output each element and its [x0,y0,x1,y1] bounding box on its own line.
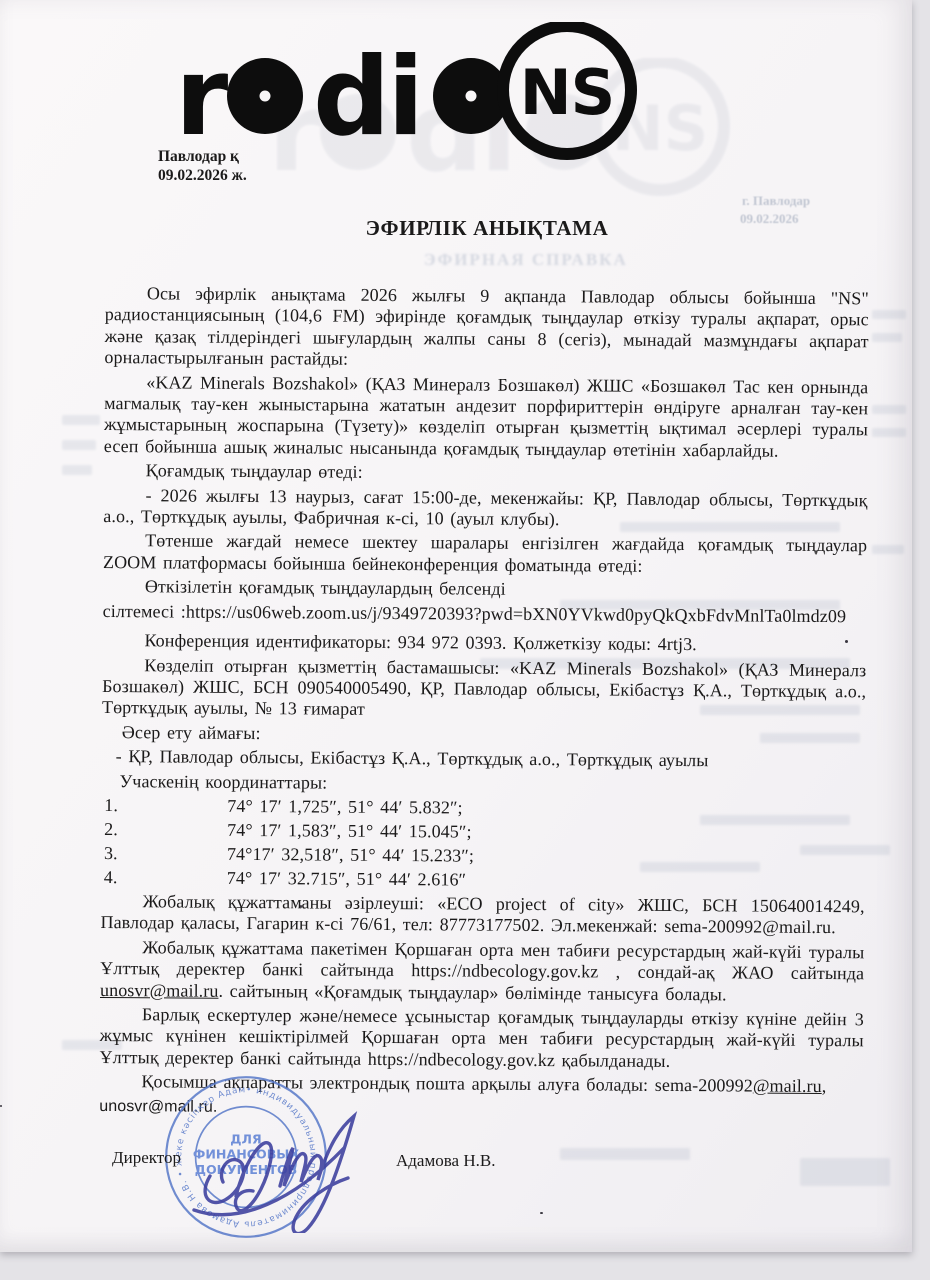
coordinate-value: 74° 17′ 1,583″, 51° 44′ 15.045″; [227,819,472,842]
director-signature [180,1098,390,1233]
ghost-title: ЭФИРНАЯ СПРАВКА [424,250,628,270]
signer-name: Адамова Н.В. [396,1151,495,1171]
docs-access-email: unosvr@mail.ru [100,980,219,1001]
document-title: ЭФИРЛІК АНЫҚТАМА [105,216,869,241]
coordinate-item: 4.74° 17′ 32.715″, 51° 44′ 2.616″ [101,867,865,894]
contact-email-underlined: @mail.ru [753,1076,822,1096]
coordinate-value: 74° 17′ 32.715″, 51° 44′ 2.616″ [227,867,467,890]
zoom-link-prefix: сілтемесі : [103,601,186,622]
coordinate-item: 1.74° 17′ 1,725″, 51° 44′ 5.832″; [101,795,865,822]
coordinate-value: 74° 17′ 1,725″, 51° 44′ 5.832″; [227,795,463,818]
document-body: Осы эфирлік анықтама 2026 жылғы 9 ақпанд… [99,280,869,1122]
logo-letter-r: r [175,35,228,160]
coordinate-number: 1. [101,795,227,817]
paragraph-initiator: Көзделіп отырған қызметтің бастамашысы: … [102,654,866,724]
coordinate-number: 3. [101,843,227,865]
paragraph-intro: Осы эфирлік анықтама 2026 жылғы 9 ақпанд… [104,283,869,374]
docs-access-text: Жобалық құжаттама пакетімен Қоршаған орт… [100,937,864,983]
logo-letters-di: di [313,35,421,160]
paragraph-docs-access: Жобалық құжаттама пакетімен Қоршаған орт… [100,937,864,1007]
impact-area-item: - ҚР, Павлодар облысы, Екібастұз Қ.А., Т… [102,746,866,773]
document-page: r di NS г. Павлодар 09.02.2026 ЭФИРНАЯ С… [0,0,912,1252]
scanned-document: r di NS г. Павлодар 09.02.2026 ЭФИРНАЯ С… [0,0,930,1280]
signer-role: Директор [112,1148,181,1168]
zoom-link-line: сілтемесі :https://us06web.zoom.us/j/934… [103,601,867,628]
coordinates-heading: Учаскенің координаттары: [101,771,865,798]
paragraph-remarks: Барлық ескертулер және/немесе ұсыныстар … [99,1004,863,1074]
hearing-date-item: - 2026 жылғы 13 наурыз, сағат 15:00-де, … [103,485,867,533]
coordinate-number: 2. [101,819,227,841]
logo-ns-text: NS [520,56,615,129]
paragraph-emergency: Төтенше жағдай немесе шектеу шаралары ен… [103,530,867,578]
conference-id-line: Конференция идентификаторы: 934 972 0393… [102,630,866,657]
paragraph-developer: Жобалық құжаттаманы әзірлеуші: «ECO proj… [100,891,864,939]
radio-ns-logo: r di NS [175,22,645,172]
docs-access-tail: . сайтының «Қоғамдық тыңдаулар» бөлімінд… [218,980,726,1004]
hearings-heading: Қоғамдық тыңдаулар өтеді: [104,460,868,487]
ghost-city-line: г. Павлодар [742,193,810,209]
paragraph-project: «KAZ Minerals Bozshakol» (ҚАЗ Минералз Б… [104,372,869,463]
coordinate-number: 4. [101,867,227,889]
contact-tail: , [822,1076,827,1096]
zoom-link-url: https://us06web.zoom.us/j/9349720393?pwd… [186,601,846,626]
zoom-link-intro: Өткізілетін қоғамдық тыңдаулардың белсен… [103,576,867,603]
coordinate-value: 74°17′ 32,518″, 51° 44′ 15.233″; [227,843,474,866]
impact-area-heading: Әсер ету аймағы: [102,722,866,749]
coordinate-item: 3.74°17′ 32,518″, 51° 44′ 15.233″; [101,843,865,870]
coordinate-item: 2.74° 17′ 1,583″, 51° 44′ 15.045″; [101,819,865,846]
